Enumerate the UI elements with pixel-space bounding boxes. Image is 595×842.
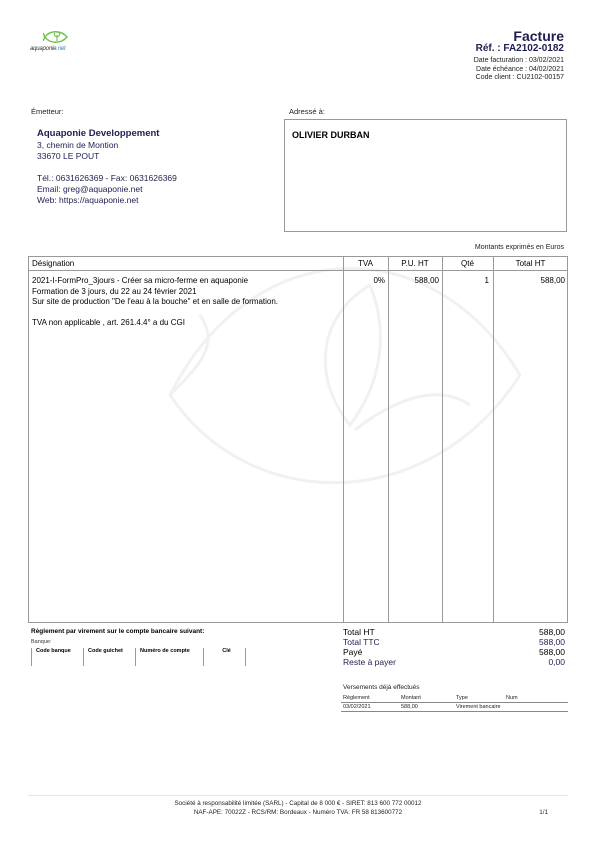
total-ht-label: Total HT bbox=[343, 627, 375, 637]
payment-date: 03/02/2021 bbox=[343, 704, 371, 710]
bank-transfer-title: Règlement par virement sur le compte ban… bbox=[31, 628, 204, 635]
payment-row: 03/02/2021 588,00 Virement bancaire bbox=[341, 703, 568, 712]
recipient-name: OLIVIER DURBAN bbox=[292, 130, 370, 140]
item-tva: 0% bbox=[343, 276, 385, 287]
invoice-date: Date facturation : 03/02/2021 bbox=[474, 57, 564, 66]
payment-amount: 588,00 bbox=[401, 704, 418, 710]
table-row: 2021-I-FormPro_3jours - Créer sa micro-f… bbox=[32, 276, 278, 329]
bank-key-header: Clé bbox=[203, 648, 245, 666]
payments-col-num: Num bbox=[506, 695, 518, 701]
fish-logo-icon bbox=[43, 30, 69, 44]
payments-col-amount: Montant bbox=[401, 695, 421, 701]
logo-tld: .net bbox=[56, 46, 65, 52]
col-total-ht: Total HT bbox=[493, 259, 568, 268]
item-desc-1: Formation de 3 jours, du 22 au 24 févrie… bbox=[32, 287, 278, 298]
emitter-address1: 3, chemin de Montion bbox=[37, 140, 177, 151]
bank-account-header: Numéro de compte bbox=[135, 648, 203, 666]
emitter-phone: Tél.: 0631626369 - Fax: 0631626369 bbox=[37, 173, 177, 184]
emitter-address2: 33670 LE POUT bbox=[37, 151, 177, 162]
invoice-meta: Date facturation : 03/02/2021 Date échéa… bbox=[474, 57, 564, 83]
recipient-label: Adressé à: bbox=[289, 107, 325, 116]
currency-note: Montants exprimés en Euros bbox=[475, 244, 564, 251]
remaining-label: Reste à payer bbox=[343, 657, 396, 667]
bank-code-header: Code banque bbox=[31, 648, 83, 666]
company-logo: aquaponie.net bbox=[30, 30, 80, 55]
logo-brand: aquaponie bbox=[30, 46, 56, 52]
page-number: 1/1 bbox=[539, 809, 548, 816]
total-ttc-label: Total TTC bbox=[343, 637, 380, 647]
bank-label: Banque: bbox=[31, 639, 52, 645]
item-title: 2021-I-FormPro_3jours - Créer sa micro-f… bbox=[32, 276, 278, 287]
payments-table: Règlement Montant Type Num 03/02/2021 58… bbox=[341, 694, 568, 712]
remaining-value: 0,00 bbox=[548, 657, 565, 667]
total-ht-row: Total HT588,00 bbox=[343, 627, 565, 637]
totals-block: Total HT588,00 Total TTC588,00 Payé588,0… bbox=[343, 627, 565, 667]
item-pu-ht: 588,00 bbox=[388, 276, 439, 287]
legal-footer: Société à responsabilité limitée (SARL) … bbox=[28, 800, 568, 817]
payments-header: Règlement Montant Type Num bbox=[341, 694, 568, 703]
paid-label: Payé bbox=[343, 647, 362, 657]
emitter-name: Aquaponie Developpement bbox=[37, 128, 177, 139]
col-tva: TVA bbox=[343, 259, 388, 268]
total-ttc-value: 588,00 bbox=[539, 637, 565, 647]
payments-col-type: Type bbox=[456, 695, 468, 701]
col-pu-ht: P.U. HT bbox=[388, 259, 442, 268]
item-total-ht: 588,00 bbox=[493, 276, 565, 287]
emitter-email: Email: greg@aquaponie.net bbox=[37, 184, 177, 195]
payments-title: Versements déjà effectués bbox=[343, 684, 419, 691]
item-desc-2: Sur site de production "De l'eau à la bo… bbox=[32, 297, 278, 308]
due-date: Date échéance : 04/02/2021 bbox=[474, 66, 564, 75]
total-ht-value: 588,00 bbox=[539, 627, 565, 637]
footer-divider bbox=[28, 795, 568, 796]
emitter-block: Aquaponie Developpement 3, chemin de Mon… bbox=[37, 128, 177, 206]
total-ttc-row: Total TTC588,00 bbox=[343, 637, 565, 647]
client-code: Code client : CU2102-00157 bbox=[474, 74, 564, 83]
paid-row: Payé588,00 bbox=[343, 647, 565, 657]
emitter-label: Émetteur: bbox=[31, 107, 64, 116]
bank-divider bbox=[245, 648, 250, 666]
item-qty: 1 bbox=[442, 276, 489, 287]
col-qty: Qté bbox=[442, 259, 493, 268]
item-vat-note: TVA non applicable , art. 261.4.4° a du … bbox=[32, 318, 278, 329]
col-designation: Désignation bbox=[32, 259, 74, 268]
items-table: Désignation TVA P.U. HT Qté Total HT 202… bbox=[28, 256, 568, 623]
recipient-box: OLIVIER DURBAN bbox=[284, 119, 567, 232]
bank-branch-header: Code guichet bbox=[83, 648, 135, 666]
payments-col-date: Règlement bbox=[343, 695, 370, 701]
footer-line-1: Société à responsabilité limitée (SARL) … bbox=[28, 800, 568, 809]
invoice-reference: Réf. : FA2102-0182 bbox=[476, 43, 564, 54]
document-title: Facture bbox=[513, 28, 564, 44]
paid-value: 588,00 bbox=[539, 647, 565, 657]
footer-line-2: NAF-APE: 70022Z - RCS/RM: Bordeaux - Num… bbox=[28, 809, 568, 818]
remaining-row: Reste à payer0,00 bbox=[343, 657, 565, 667]
payment-type: Virement bancaire bbox=[456, 704, 501, 710]
emitter-web: Web: https://aquaponie.net bbox=[37, 195, 177, 206]
